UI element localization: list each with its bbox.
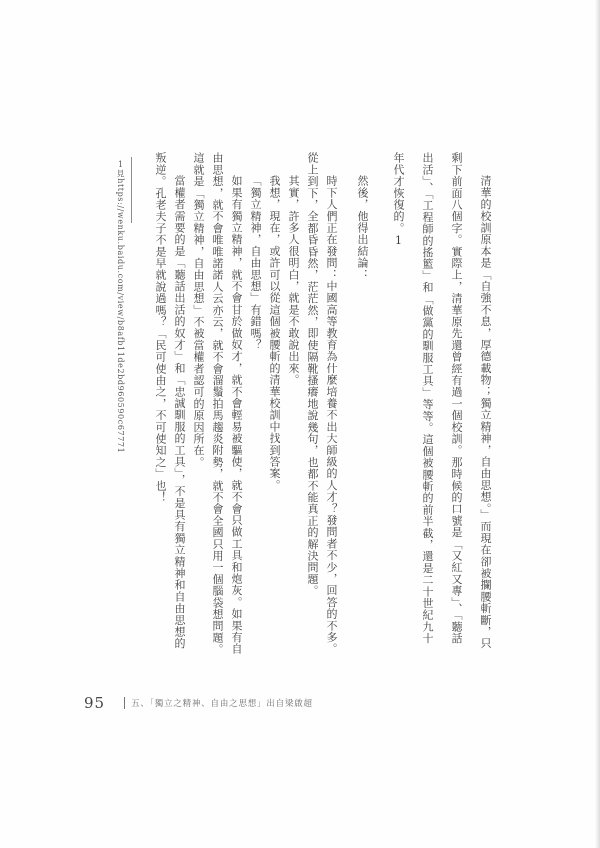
- text-column: 如果有獨立精神，就不會甘於做奴才，就不會輕易被驅使，就不會只做工具和炮灰。如果有…: [227, 152, 246, 657]
- scan-edge-shadow: [595, 0, 600, 848]
- page-number: 95: [84, 694, 105, 712]
- paragraph: 當權者需要的是「聽話出活的奴才」和「忠誠馴服的工具」，不是具有獨立精神和自由思想…: [151, 152, 189, 657]
- paragraph: 如果有獨立精神，就不會甘於做奴才，就不會輕易被驅使，就不會只做工具和炮灰。如果有…: [189, 152, 246, 657]
- text-column: 叛逆。孔老夫子不是早就說過嗎？「民可使由之，不可使知之」也！: [151, 152, 170, 657]
- text-column: 從上到下，全都昏昏然，茫茫然，即使隔靴搔癢地說幾句，也都不能真正的解決問題。: [303, 152, 322, 657]
- paragraph: 「獨立精神，自由思想」有錯嗎？: [246, 152, 265, 657]
- footnote-separator-rule: [131, 157, 132, 223]
- text-column: 年代才恢復的。1: [384, 152, 413, 657]
- paragraph: 時下人們正在發問：中國高等教育為什麼培養不出大師級的人才？發問者不少，回答的不多…: [303, 152, 341, 657]
- paragraph: 清華的校訓原本是「自強不息，厚德載物；獨立精神，自由思想。」而現在卻被攔腰斬斷，…: [384, 152, 500, 657]
- text-column: 由思想，就不會唯唯諾諾人云亦云，就不會溜鬚拍馬趨炎附勢，就不會全國只用一個腦袋想…: [208, 152, 227, 657]
- chapter-title: 五、「獨立之精神、自由之思想」出自梁啟超: [131, 697, 313, 709]
- page-footer: 95 五、「獨立之精神、自由之思想」出自梁啟超: [84, 694, 313, 712]
- paragraph: 其實，許多人很明白，就是不敢說出來。: [284, 152, 303, 657]
- text-column: 「獨立精神，自由思想」有錯嗎？: [246, 152, 265, 657]
- text-column: 這就是「獨立精神，自由思想」不被當權者認可的原因所在。: [189, 152, 208, 657]
- text-column: 出活」、「工程師的搖籃」和「做黨的馴服工具」等等。這個被腰斬的前半截，還是二十世…: [413, 152, 442, 657]
- footnote-text: 見https://wenku.baidu.com/view/b8afb11de2…: [116, 170, 125, 454]
- text-column: 時下人們正在發問：中國高等教育為什麼培養不出大師級的人才？發問者不少，回答的不多…: [322, 152, 341, 657]
- footnote: 1見https://wenku.baidu.com/view/b8afb11de…: [113, 160, 127, 580]
- paragraph: 我想，現在，或許可以從這個被腰斬的清華校訓中找到答案。: [265, 152, 284, 657]
- book-page: { "page": { "number": "95", "chapter_tit…: [0, 0, 600, 848]
- footnote-marker: 1: [116, 160, 125, 170]
- text-column: 剩下前面八個字。實際上，清華原先還曾經有過一個校訓。那時候的口號是「又紅又專」、…: [442, 152, 471, 657]
- paragraph: 然後，他得出結論：: [353, 152, 372, 657]
- body-text: 清華的校訓原本是「自強不息，厚德載物；獨立精神，自由思想。」而現在卻被攔腰斬斷，…: [151, 152, 500, 657]
- text-column: 當權者需要的是「聽話出活的奴才」和「忠誠馴服的工具」，不是具有獨立精神和自由思想…: [170, 152, 189, 657]
- text-column: 清華的校訓原本是「自強不息，厚德載物；獨立精神，自由思想。」而現在卻被攔腰斬斷，…: [471, 152, 500, 657]
- text-column: 然後，他得出結論：: [353, 152, 372, 657]
- footer-divider: [124, 697, 125, 709]
- text-column: 其實，許多人很明白，就是不敢說出來。: [284, 152, 303, 657]
- text-column: 我想，現在，或許可以從這個被腰斬的清華校訓中找到答案。: [265, 152, 284, 657]
